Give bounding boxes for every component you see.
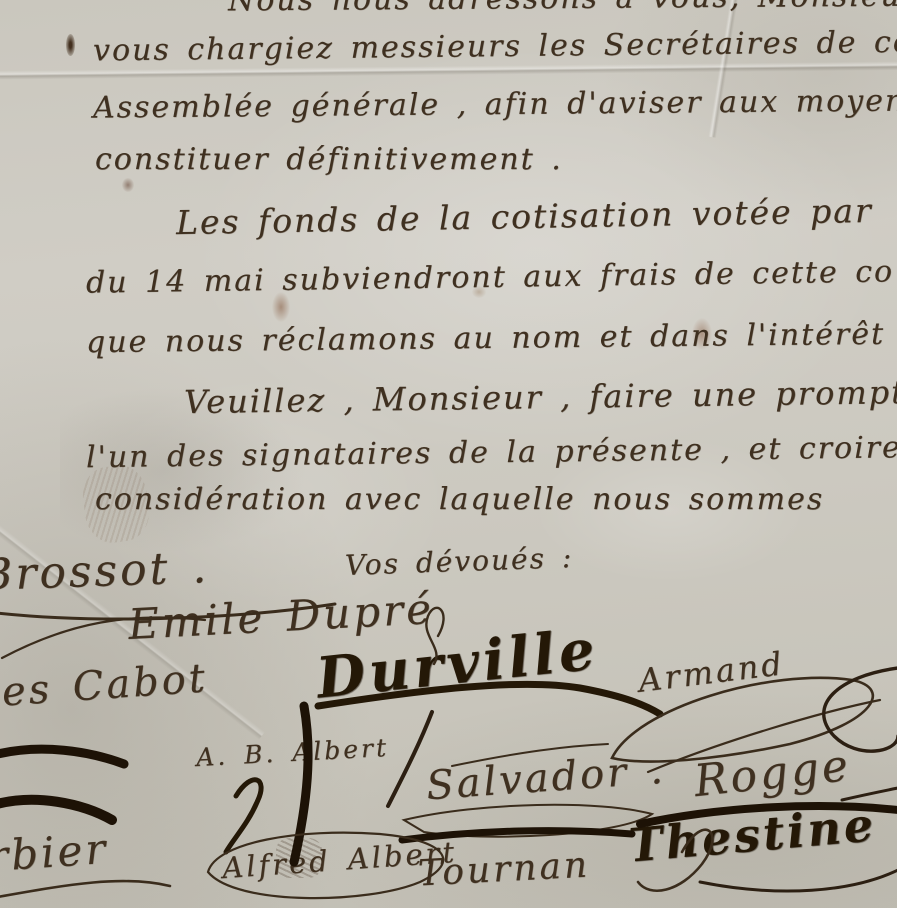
durville-descender-stroke	[388, 712, 432, 806]
left-edge-bold-paraph-lower	[0, 800, 112, 820]
signature-tournan: Tournan	[417, 848, 591, 893]
body-line-2: vous chargiez messieurs les Secrétaires …	[93, 28, 897, 67]
rbier-underline-flourish	[0, 881, 170, 898]
signature-salvador: Salvador .	[425, 750, 667, 807]
signature-ab-albert: A. B. Albert	[195, 735, 389, 770]
signature-barbier-partial: rbier	[0, 828, 110, 878]
body-line-5: Les fonds de la cotisation votée par	[176, 194, 873, 239]
manuscript-letter-photo: Nous nous adressons à vous, Monsieur vou…	[0, 0, 897, 908]
signature-cabot: les Cabot	[0, 658, 209, 713]
body-line-4: constituer définitivement .	[95, 145, 563, 175]
thestine-underline	[700, 870, 897, 891]
salvador-oval-flourish	[404, 805, 652, 837]
right-edge-cut-signature-loops	[824, 668, 897, 751]
ink-spot-stain	[66, 34, 75, 56]
body-line-10: considération avec laquelle nous sommes	[95, 485, 824, 515]
left-edge-bold-paraph-upper	[0, 749, 124, 764]
body-line-6: du 14 mai subviendront aux frais de cett…	[86, 257, 894, 298]
middle-bold-paraph-curl	[226, 780, 261, 852]
middle-bold-vertical-stroke	[294, 706, 308, 862]
body-line-1: Nous nous adressons à vous, Monsieur	[228, 0, 897, 16]
body-line-8: Veuillez , Monsieur , faire une prompte	[184, 376, 897, 418]
body-line-7: que nous réclamons au nom et dans l'inté…	[86, 320, 885, 358]
signature-brossot: Brossot .	[0, 546, 210, 598]
signature-rogge: Rogge	[692, 744, 853, 804]
body-line-9: l'un des signataires de la présente , et…	[86, 433, 897, 473]
signature-thestine: Thestine	[626, 801, 877, 868]
closing-formula: Vos dévoués :	[345, 544, 574, 580]
body-line-3: Assemblée générale , afin d'aviser aux m…	[93, 86, 897, 123]
small-stain	[122, 178, 134, 192]
signature-armand: Armand	[637, 647, 787, 697]
